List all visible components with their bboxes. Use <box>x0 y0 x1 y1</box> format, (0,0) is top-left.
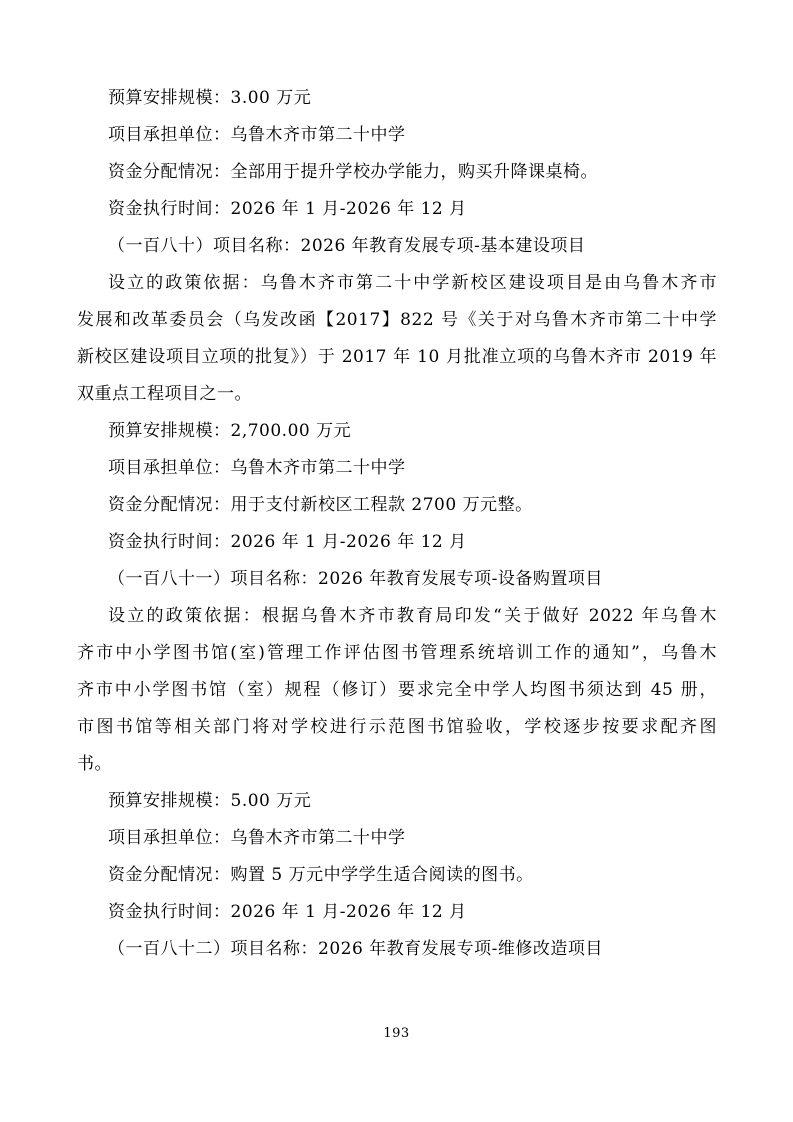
document-body: 预算安排规模：3.00 万元项目承担单位：乌鲁木齐市第二十中学资金分配情况：全部… <box>77 80 717 968</box>
page-number: 193 <box>383 1026 409 1041</box>
policy-basis-181-paragraph: 齐市中小学图书馆(室)管理工作评估图书管理系统培训工作的通知”，乌鲁木 <box>77 635 717 672</box>
policy-basis-180-paragraph: 设立的政策依据：乌鲁木齐市第二十中学新校区建设项目是由乌鲁木齐市 <box>77 265 717 302</box>
policy-basis-181-paragraph: 设立的政策依据：根据乌鲁木齐市教育局印发“关于做好 2022 年乌鲁木 <box>77 598 717 635</box>
policy-basis-180-paragraph: 双重点工程项目之一。 <box>77 376 717 413</box>
policy-basis-181-paragraph: 齐市中小学图书馆（室）规程（修订）要求完全中学人均图书须达到 45 册， <box>77 672 717 709</box>
policy-basis-181-paragraph: 书。 <box>77 746 717 783</box>
undertaking-unit-181-line: 项目承担单位：乌鲁木齐市第二十中学 <box>77 820 717 857</box>
fund-execution-time-181-line: 资金执行时间：2026 年 1 月-2026 年 12 月 <box>77 894 717 931</box>
policy-basis-180-paragraph: 新校区建设项目立项的批复》）于 2017 年 10 月批准立项的乌鲁木齐市 20… <box>77 339 717 376</box>
fund-allocation-181-line: 资金分配情况：购置 5 万元中学学生适合阅读的图书。 <box>77 857 717 894</box>
budget-scale-180-line: 预算安排规模：2,700.00 万元 <box>77 413 717 450</box>
fund-execution-time-180-line: 资金执行时间：2026 年 1 月-2026 年 12 月 <box>77 524 717 561</box>
undertaking-unit-180-line: 项目承担单位：乌鲁木齐市第二十中学 <box>77 450 717 487</box>
project-title-180-line: （一百八十）项目名称：2026 年教育发展专项-基本建设项目 <box>77 228 717 265</box>
budget-scale-181-line: 预算安排规模：5.00 万元 <box>77 783 717 820</box>
policy-basis-180-paragraph: 发展和改革委员会（乌发改函【2017】822 号《关于对乌鲁木齐市第二十中学 <box>77 302 717 339</box>
policy-basis-181-paragraph: 市图书馆等相关部门将对学校进行示范图书馆验收，学校逐步按要求配齐图 <box>77 709 717 746</box>
fund-execution-time-line: 资金执行时间：2026 年 1 月-2026 年 12 月 <box>77 191 717 228</box>
document-page: 预算安排规模：3.00 万元项目承担单位：乌鲁木齐市第二十中学资金分配情况：全部… <box>0 0 793 1122</box>
project-title-181-line: （一百八十一）项目名称：2026 年教育发展专项-设备购置项目 <box>77 561 717 598</box>
page-footer: 193 <box>0 1022 793 1042</box>
project-title-182-line: （一百八十二）项目名称：2026 年教育发展专项-维修改造项目 <box>77 931 717 968</box>
fund-allocation-180-line: 资金分配情况：用于支付新校区工程款 2700 万元整。 <box>77 487 717 524</box>
fund-allocation-line: 资金分配情况：全部用于提升学校办学能力，购买升降课桌椅。 <box>77 154 717 191</box>
budget-scale-line: 预算安排规模：3.00 万元 <box>77 80 717 117</box>
undertaking-unit-line: 项目承担单位：乌鲁木齐市第二十中学 <box>77 117 717 154</box>
